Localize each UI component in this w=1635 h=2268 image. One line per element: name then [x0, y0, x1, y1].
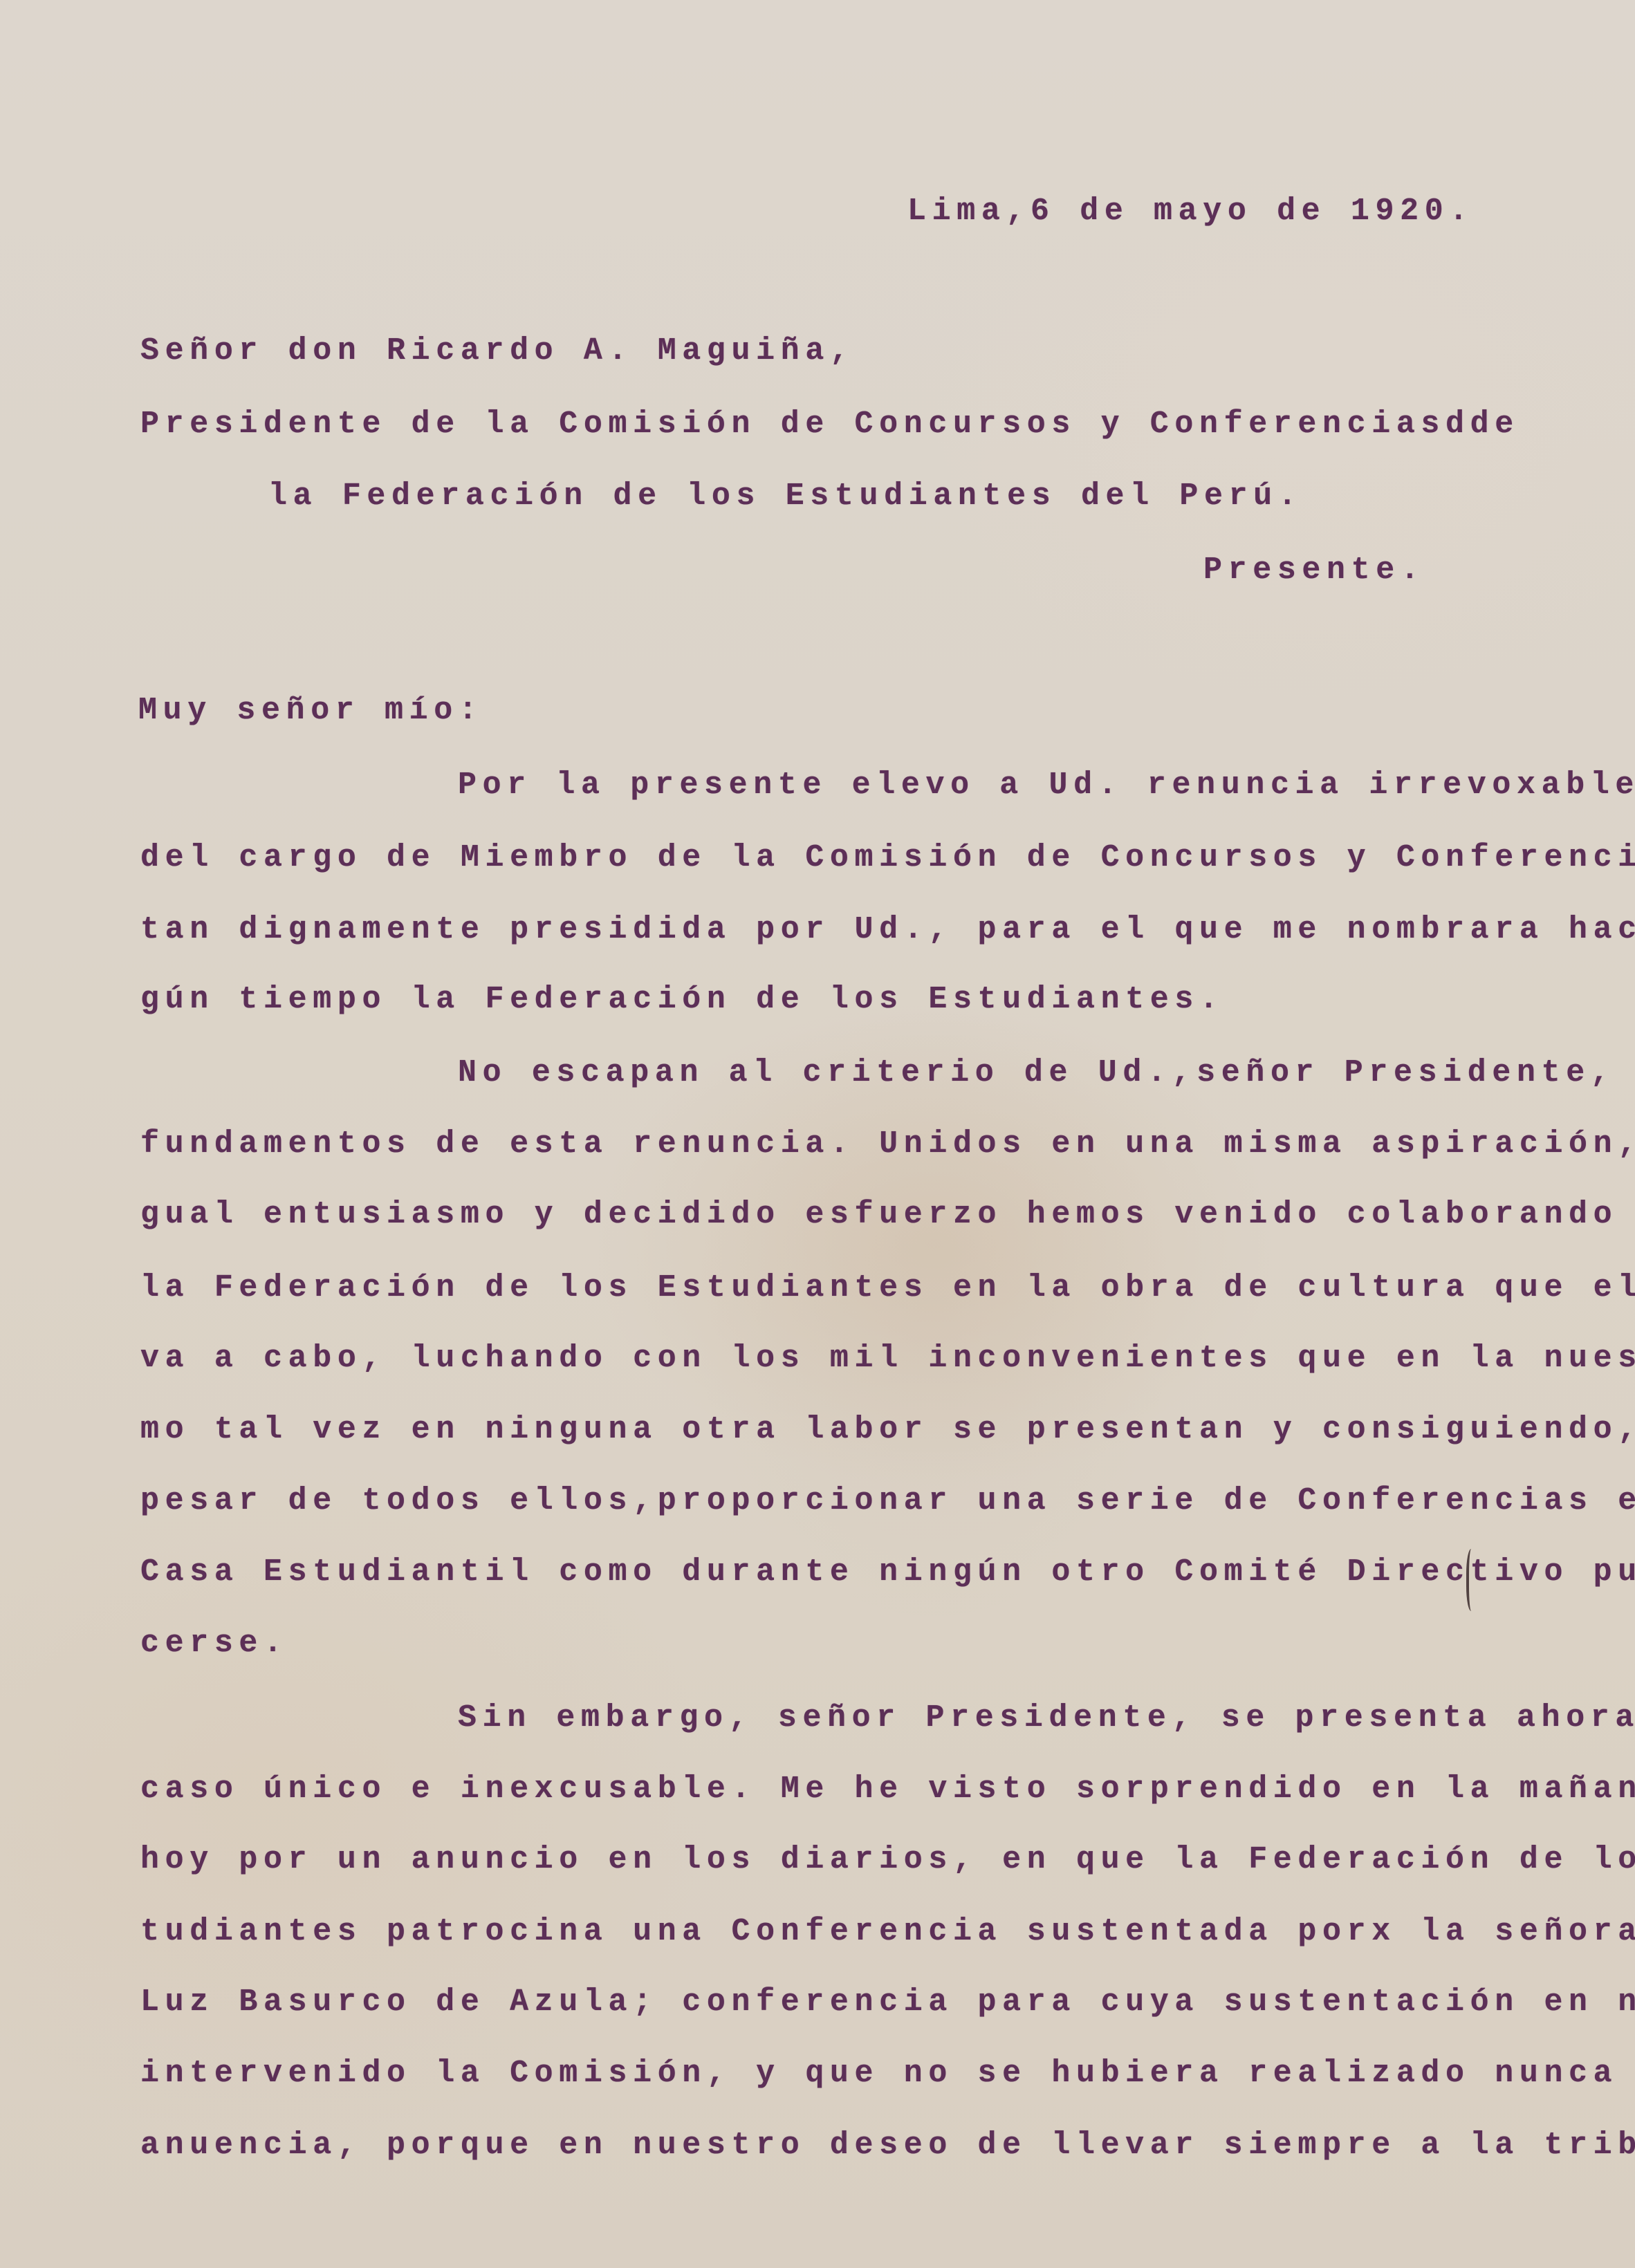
paragraph-line: No escapan al criterio de Ud.,señor Pres… — [458, 1052, 1635, 1094]
paragraph-line: Por la presente elevo a Ud. renuncia irr… — [458, 765, 1635, 806]
paragraph-line: va a cabo, luchando con los mil inconven… — [140, 1338, 1635, 1379]
letter-page: Lima,6 de mayo de 1920. Señor don Ricard… — [0, 0, 1635, 2268]
paragraph-line: del cargo de Miembro de la Comisión de C… — [140, 837, 1635, 879]
paragraph-line: mo tal vez en ninguna otra labor se pres… — [140, 1409, 1635, 1451]
paragraph-line: cerse. — [140, 1623, 288, 1664]
salutation: Muy señor mío: — [138, 690, 483, 732]
paragraph-line: gún tiempo la Federación de los Estudian… — [140, 979, 1224, 1021]
paragraph-line: hoy por un anuncio en los diarios, en qu… — [140, 1839, 1635, 1881]
paragraph-line: intervenido la Comisión, y que no se hub… — [140, 2053, 1635, 2094]
addressee-closing: Presente. — [1203, 550, 1425, 591]
paragraph-line: pesar de todos ellos,proporcionar una se… — [140, 1480, 1635, 1522]
paper-watermark — [692, 1003, 1176, 1625]
pencil-correction-mark — [1466, 1549, 1479, 1611]
paragraph-line: Luz Basurco de Azula; conferencia para c… — [140, 1982, 1635, 2023]
paragraph-line: anuencia, porque en nuestro deseo de lle… — [140, 2125, 1635, 2166]
paragraph-line: gual entusiasmo y decidido esfuerzo hemo… — [140, 1194, 1635, 1236]
addressee-title: Presidente de la Comisión de Concursos y… — [140, 404, 1519, 445]
paragraph-line: fundamentos de esta renuncia. Unidos en … — [140, 1124, 1635, 1165]
letter-date: Lima,6 de mayo de 1920. — [907, 191, 1474, 232]
addressee-name: Señor don Ricardo A. Maguiña, — [140, 331, 855, 372]
paragraph-line: la Federación de los Estudiantes en la o… — [140, 1267, 1635, 1309]
paragraph-line: Casa Estudiantil como durante ningún otr… — [140, 1552, 1635, 1593]
paragraph-line: tudiantes patrocina una Conferencia sust… — [140, 1911, 1635, 1953]
paragraph-line: Sin embargo, señor Presidente, se presen… — [458, 1698, 1635, 1739]
addressee-organization: la Federación de los Estudiantes del Per… — [268, 476, 1302, 517]
paragraph-line: tan dignamente presidida por Ud., para e… — [140, 909, 1635, 951]
paragraph-line: caso único e inexcusable. Me he visto so… — [140, 1769, 1635, 1810]
